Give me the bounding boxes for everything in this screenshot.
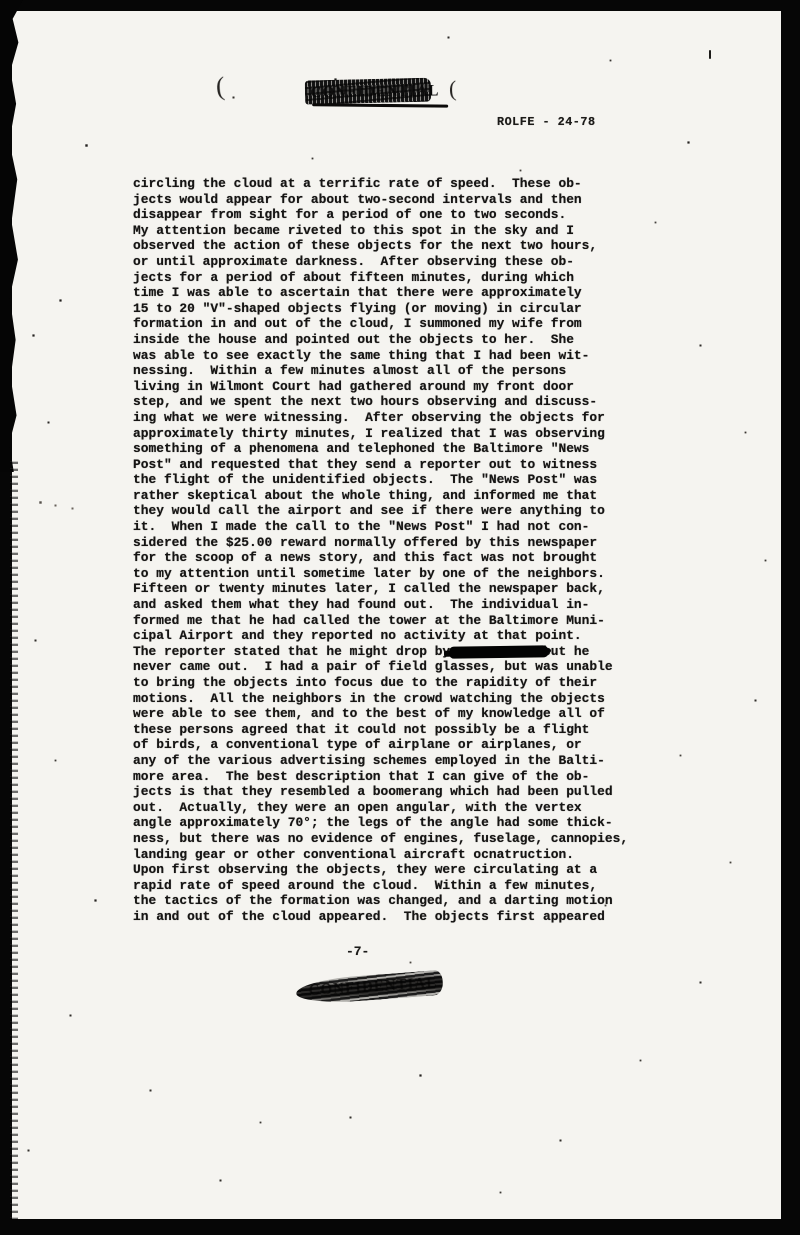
dust-speckles <box>0 0 1 1</box>
page-number: -7- <box>346 944 369 959</box>
document-ref-number: ROLFE - 24-78 <box>497 115 596 129</box>
left-edge-noise <box>10 460 18 1220</box>
ink-tick-mark <box>709 50 711 59</box>
confidential-stamp-top: CONFIDENTIAL <box>308 80 442 105</box>
body-text: circling the cloud at a terrific rate of… <box>133 176 633 925</box>
redaction-bar <box>449 645 549 658</box>
strikeout-scribble <box>305 78 431 105</box>
handwritten-paren-right: ( <box>449 76 457 102</box>
scanned-page: ( ( CONFIDENTIAL ROLFE - 24-78 circling … <box>0 0 800 1235</box>
